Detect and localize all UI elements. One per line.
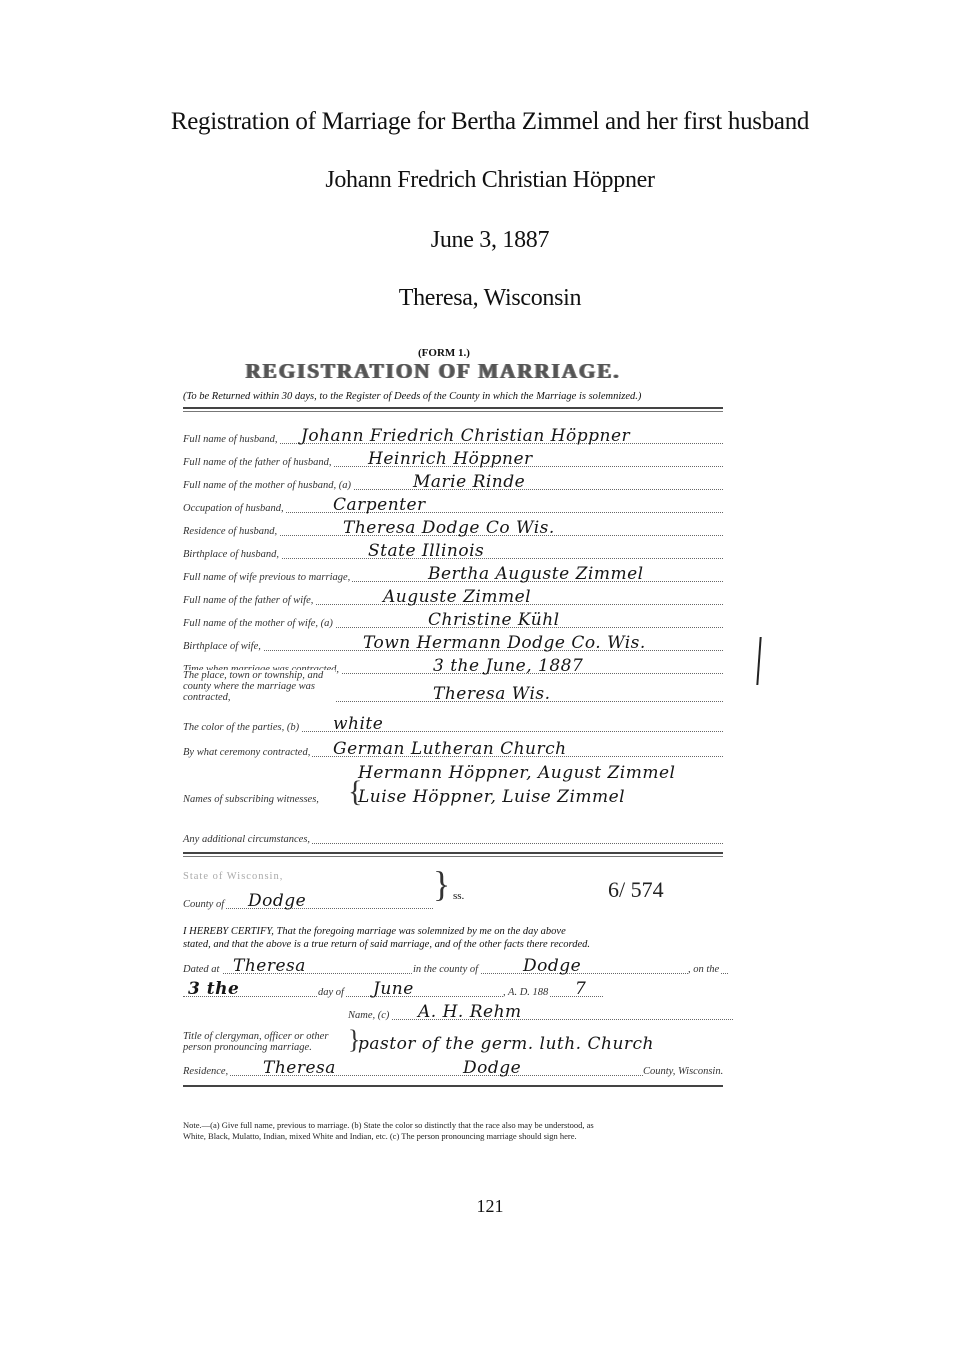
year-label: , A. D. 188 bbox=[503, 987, 550, 998]
year-value: 7 bbox=[575, 979, 586, 999]
marriage-registration-form: (FORM 1.) REGISTRATION OF MARRIAGE. (To … bbox=[188, 345, 748, 1145]
certificate-dated: Dated at Theresa in the county of Dodge … bbox=[183, 955, 728, 977]
field-label: The color of the parties, (b) bbox=[183, 722, 301, 733]
field-label: Full name of the father of wife, bbox=[183, 595, 315, 606]
form-subtitle: (To be Returned within 30 days, to the R… bbox=[183, 391, 743, 402]
residence-county-value: Dodge bbox=[463, 1058, 521, 1078]
field-label: Full name of wife previous to marriage, bbox=[183, 572, 352, 583]
field-husband-father: Full name of the father of husband, Hein… bbox=[183, 448, 723, 470]
field-label: Full name of the mother of husband, (a) bbox=[183, 480, 353, 491]
note-line-1: Note.—(a) Give full name, previous to ma… bbox=[183, 1120, 743, 1131]
field-color-of-parties: The color of the parties, (b) white bbox=[183, 713, 723, 735]
field-label: Occupation of husband, bbox=[183, 503, 286, 514]
field-value: Theresa Dodge Co Wis. bbox=[343, 518, 555, 538]
certificate-officiant-title: Title of clergyman, officer or otherpers… bbox=[183, 1029, 728, 1055]
field-label: County of bbox=[183, 899, 226, 910]
divider bbox=[183, 1085, 723, 1087]
register-number: 6/ 574 bbox=[608, 877, 664, 903]
dated-value: Theresa bbox=[233, 956, 306, 976]
field-value: 3 the June, 1887 bbox=[433, 656, 583, 676]
field-label: Birthplace of husband, bbox=[183, 549, 281, 560]
field-husband-name: Full name of husband, Johann Friedrich C… bbox=[183, 425, 723, 447]
certify-text-2: stated, and that the above is a true ret… bbox=[183, 938, 728, 951]
marriage-date-heading: June 3, 1887 bbox=[0, 227, 980, 254]
page-number: 121 bbox=[0, 1196, 980, 1217]
field-value: Theresa Wis. bbox=[433, 684, 551, 704]
certificate-county: County of Dodge bbox=[183, 890, 433, 912]
field-value: Auguste Zimmel bbox=[383, 587, 531, 607]
field-value: German Lutheran Church bbox=[333, 739, 567, 759]
field-wife-birthplace: Birthplace of wife, Town Hermann Dodge C… bbox=[183, 632, 723, 654]
field-husband-residence: Residence of husband, Theresa Dodge Co W… bbox=[183, 517, 723, 539]
field-label: Residence, bbox=[183, 1066, 230, 1077]
officiant-name-value: A. H. Rehm bbox=[418, 1002, 522, 1022]
divider bbox=[183, 856, 723, 857]
field-label: Full name of husband, bbox=[183, 434, 280, 445]
field-value: Marie Rinde bbox=[413, 472, 525, 492]
field-label: Any additional circumstances, bbox=[183, 834, 312, 845]
divider bbox=[183, 407, 723, 409]
field-label: Residence of husband, bbox=[183, 526, 279, 537]
residence-value: Theresa bbox=[263, 1058, 336, 1078]
field-label: Names of subscribing witnesses, bbox=[183, 794, 321, 805]
in-county-label: in the county of bbox=[413, 964, 480, 975]
officiant-title-value: pastor of the germ. luth. Church bbox=[358, 1034, 654, 1054]
residence-suffix: County, Wisconsin. bbox=[643, 1066, 725, 1077]
field-label: Birthplace of wife, bbox=[183, 641, 263, 652]
field-label: Full name of the father of husband, bbox=[183, 457, 333, 468]
field-value: Town Hermann Dodge Co. Wis. bbox=[363, 633, 646, 653]
field-additional-circumstances: Any additional circumstances, bbox=[183, 825, 723, 847]
field-ceremony: By what ceremony contracted, German Luth… bbox=[183, 738, 723, 760]
field-marriage-place: The place, town or township, and county … bbox=[183, 677, 723, 705]
form-title: REGISTRATION OF MARRIAGE. bbox=[208, 359, 658, 384]
field-value: Johann Friedrich Christian Höppner bbox=[301, 426, 630, 446]
on-the-label: , on the bbox=[688, 964, 721, 975]
certificate-residence: Residence, Theresa Dodge County, Wiscons… bbox=[183, 1057, 728, 1079]
field-label: Full name of the mother of wife, (a) bbox=[183, 618, 335, 629]
form-notes: Note.—(a) Give full name, previous to ma… bbox=[183, 1120, 743, 1142]
note-line-2: White, Black, Mulatto, Indian, mixed Whi… bbox=[183, 1131, 743, 1142]
field-husband-birthplace: Birthplace of husband, State Illinois bbox=[183, 540, 723, 562]
month-value: June bbox=[373, 979, 414, 999]
field-label: Dated at bbox=[183, 964, 221, 975]
witness-line-2: Luise Höppner, Luise Zimmel bbox=[358, 787, 625, 807]
certify-text-1: I HEREBY CERTIFY, That the foregoing mar… bbox=[183, 925, 728, 938]
witness-line-1: Hermann Höppner, August Zimmel bbox=[358, 763, 675, 783]
brace: } bbox=[433, 863, 450, 905]
field-husband-occupation: Occupation of husband, Carpenter bbox=[183, 494, 723, 516]
field-witnesses: Names of subscribing witnesses, Hermann … bbox=[183, 785, 723, 807]
marriage-place-heading: Theresa, Wisconsin bbox=[0, 285, 980, 312]
field-wife-father: Full name of the father of wife, Auguste… bbox=[183, 586, 723, 608]
field-value: Heinrich Höppner bbox=[368, 449, 533, 469]
field-label: Name, (c) bbox=[348, 1010, 391, 1021]
field-label: Title of clergyman, officer or otherpers… bbox=[183, 1031, 330, 1053]
field-wife-name: Full name of wife previous to marriage, … bbox=[183, 563, 723, 585]
day-of-label: day of bbox=[318, 987, 346, 998]
husband-name-heading: Johann Fredrich Christian Höppner bbox=[0, 167, 980, 194]
field-value: Bertha Auguste Zimmel bbox=[428, 564, 644, 584]
field-wife-mother: Full name of the mother of wife, (a) Chr… bbox=[183, 609, 723, 631]
field-value: Dodge bbox=[248, 891, 306, 911]
document-title: Registration of Marriage for Bertha Zimm… bbox=[0, 108, 980, 136]
title-label-line-2: person pronouncing marriage. bbox=[183, 1042, 312, 1053]
field-value: State Illinois bbox=[368, 541, 484, 561]
divider bbox=[183, 852, 723, 854]
ss-mark: ss. bbox=[453, 890, 464, 902]
certificate-officiant-name: Name, (c) A. H. Rehm bbox=[348, 1001, 733, 1023]
certificate-day: 3 the day of June , A. D. 188 7 bbox=[183, 978, 603, 1000]
title-label-line-1: Title of clergyman, officer or other bbox=[183, 1031, 328, 1042]
field-value: Carpenter bbox=[333, 495, 426, 515]
form-number: (FORM 1.) bbox=[418, 347, 470, 359]
field-label: By what ceremony contracted, bbox=[183, 747, 312, 758]
in-county-value: Dodge bbox=[523, 956, 581, 976]
field-value: Christine Kühl bbox=[428, 610, 560, 630]
field-value: white bbox=[333, 714, 383, 734]
margin-mark bbox=[756, 637, 761, 685]
field-label: The place, town or township, and county … bbox=[183, 670, 335, 703]
field-husband-mother: Full name of the mother of husband, (a) … bbox=[183, 471, 723, 493]
divider bbox=[183, 411, 723, 412]
day-value: 3 the bbox=[188, 979, 239, 999]
